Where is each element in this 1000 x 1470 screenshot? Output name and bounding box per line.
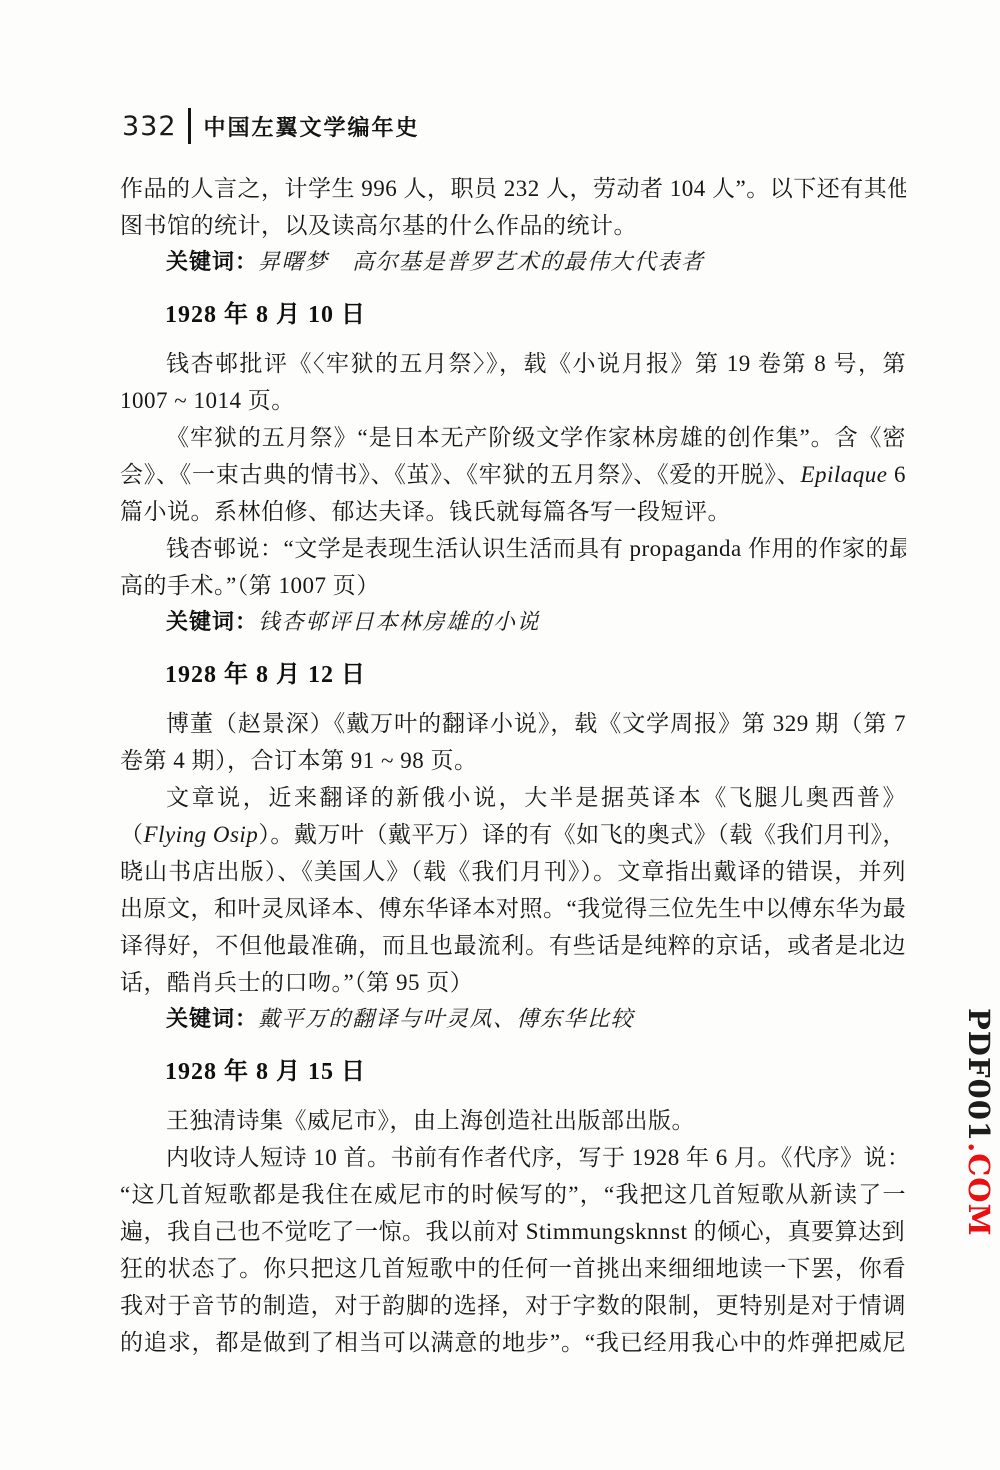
date-heading: 1928 年 8 月 10 日 [120,297,906,334]
keyword-label: 关键词： [166,610,258,635]
body-line: 会》、《一束古典的情书》、《茧》、《牢狱的五月祭》、《爱的开脱》、Epilaqu… [120,456,906,493]
watermark-domain: .COM [962,1142,996,1237]
running-header: 332 中国左翼文学编年史 [122,108,420,144]
keyword-text: 昇曙梦 高尔基是普罗艺术的最伟大代表者 [258,250,705,275]
body-line: 话，酷肖兵士的口吻。”（第 95 页） [120,964,906,1001]
body-line: 狂的状态了。你只把这几首短歌中的任何一首挑出来细细地读一下罢，你看 [120,1250,906,1287]
book-title: 中国左翼文学编年史 [204,111,420,142]
body-line: 篇小说。系林伯修、郁达夫译。钱氏就每篇各写一段短评。 [120,493,906,530]
body-line: 译得好，不但他最准确，而且也最流利。有些话是纯粹的京话，或者是北边 [120,927,906,964]
page-body: 作品的人言之，计学生 996 人，职员 232 人，劳动者 104 人”。以下还… [120,170,906,1361]
body-line: 博董（赵景深）《戴万叶的翻译小说》，载《文学周报》第 329 期（第 7 [120,705,906,742]
body-line: 高的手术。”（第 1007 页） [120,567,906,604]
keyword-text: 戴平万的翻译与叶灵凤、傅东华比较 [258,1007,634,1032]
body-line: 我对于音节的制造，对于韵脚的选择，对于字数的限制，更特别是对于情调 [120,1287,906,1324]
body-line: 文章说，近来翻译的新俄小说，大半是据英译本《飞腿儿奥西普》 [120,779,906,816]
body-line: 遍，我自己也不觉吃了一惊。我以前对 Stimmungsknnst 的倾心，真要算… [120,1213,906,1250]
body-line: 内收诗人短诗 10 首。书前有作者代序，写于 1928 年 6 月。《代序》说： [120,1139,906,1176]
body-line: （Flying Osip）。戴万叶（戴平万）译的有《如飞的奥式》（载《我们月刊》… [120,816,906,853]
body-line: 1007 ~ 1014 页。 [120,382,906,419]
body-line: 晓山书店出版）、《美国人》（载《我们月刊》）。文章指出戴译的错误，并列 [120,853,906,890]
watermark: PDF001.COM [964,1008,994,1237]
body-line: 的追求，都是做到了相当可以满意的地步”。“我已经用我心中的炸弹把威尼 [120,1324,906,1361]
watermark-name: PDF001 [962,1008,996,1142]
keyword-label: 关键词： [166,250,258,275]
keyword-label: 关键词： [166,1007,258,1032]
body-line: “这几首短歌都是我住在威尼市的时候写的”，“我把这几首短歌从新读了一 [120,1176,906,1213]
book-page: 332 中国左翼文学编年史 作品的人言之，计学生 996 人，职员 232 人，… [0,0,1000,1470]
body-line: 出原文，和叶灵凤译本、傅东华译本对照。“我觉得三位先生中以傅东华为最 [120,890,906,927]
date-heading: 1928 年 8 月 12 日 [120,657,906,694]
body-line: 图书馆的统计，以及读高尔基的什么作品的统计。 [120,207,906,244]
date-heading: 1928 年 8 月 15 日 [120,1054,906,1091]
keyword-text: 钱杏邨评日本林房雄的小说 [258,610,540,635]
body-line: 钱杏邨说：“文学是表现生活认识生活而具有 propaganda 作用的作家的最 [120,530,906,567]
body-line: 卷第 4 期），合订本第 91 ~ 98 页。 [120,742,906,779]
keyword-line: 关键词：戴平万的翻译与叶灵凤、傅东华比较 [120,1001,906,1038]
body-line: 《牢狱的五月祭》“是日本无产阶级文学作家林房雄的创作集”。含《密 [120,419,906,456]
keyword-line: 关键词：昇曙梦 高尔基是普罗艺术的最伟大代表者 [120,244,906,281]
keyword-line: 关键词：钱杏邨评日本林房雄的小说 [120,604,906,641]
header-divider [188,108,191,144]
body-line: 王独清诗集《威尼市》，由上海创造社出版部出版。 [120,1102,906,1139]
body-line: 钱杏邨批评《〈牢狱的五月祭〉》，载《小说月报》第 19 卷第 8 号，第 [120,345,906,382]
page-number: 332 [122,111,177,142]
body-line: 作品的人言之，计学生 996 人，职员 232 人，劳动者 104 人”。以下还… [120,170,906,207]
